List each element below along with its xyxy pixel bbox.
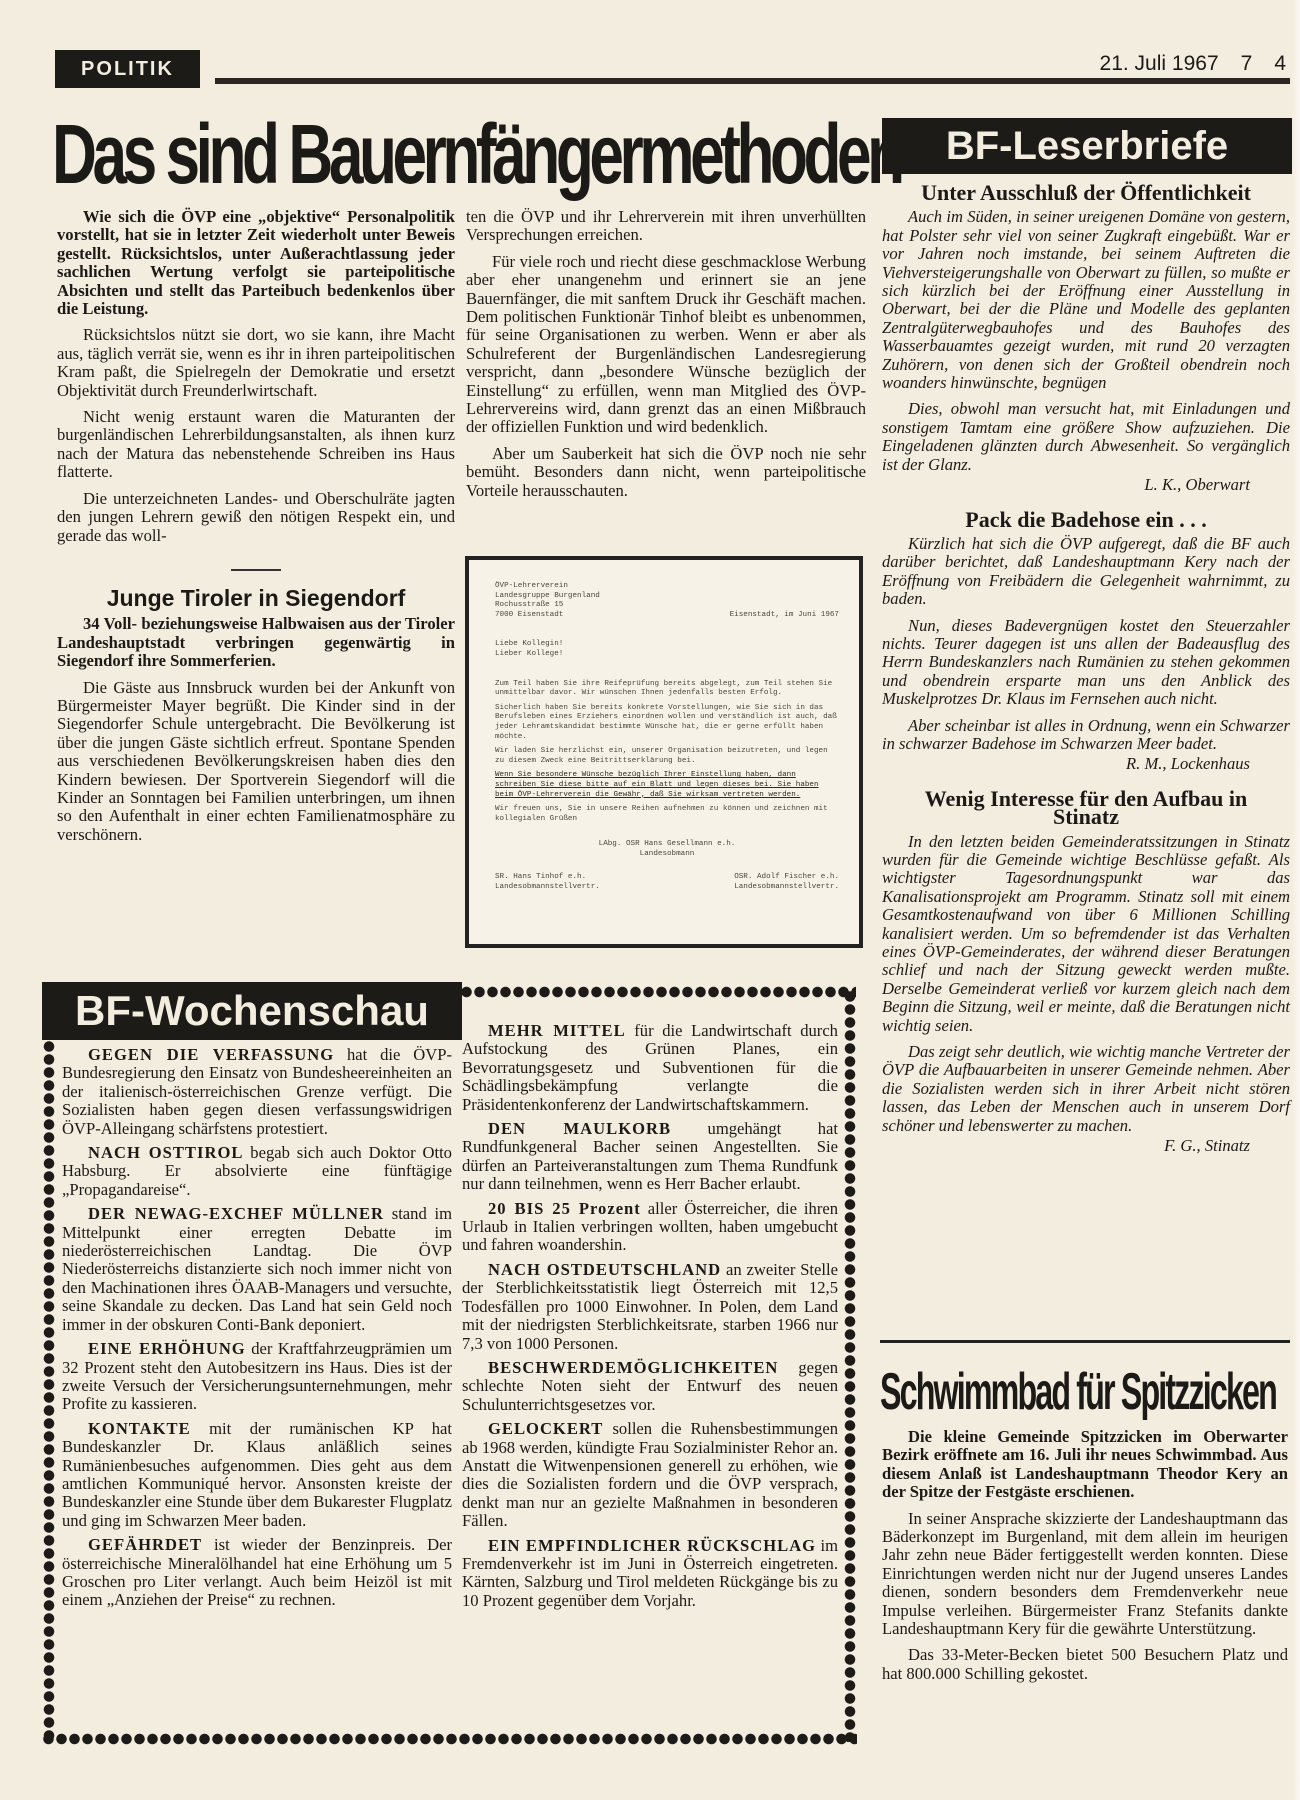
letter-sender: ÖVP-Lehrerverein Landesgruppe Burgenland… bbox=[495, 582, 600, 620]
signature-line: OSR. Adolf Fischer e.h. bbox=[734, 873, 839, 883]
article-paragraph: Rücksichtslos nützt sie dort, wo sie kan… bbox=[57, 326, 455, 400]
letter-content: ÖVP-Lehrerverein Landesgruppe Burgenland… bbox=[495, 582, 839, 893]
sender-line: ÖVP-Lehrerverein bbox=[495, 582, 600, 592]
letter-place-date: Eisenstadt, im Juni 1967 bbox=[730, 611, 839, 621]
letter-signature: L. K., Oberwart bbox=[882, 476, 1290, 494]
letter-signature-left: SR. Hans Tinhof e.h. Landesobmannstellve… bbox=[495, 873, 600, 892]
sender-line: Landesgruppe Burgenland bbox=[495, 592, 600, 602]
dotted-border-top bbox=[460, 985, 856, 999]
article-paragraph: Die unterzeichneten Landes- und Oberschu… bbox=[57, 490, 455, 545]
news-kicker: BESCHWERDEMÖGLICHKEITEN bbox=[488, 1358, 778, 1377]
signature-line: Landesobmannstellvertr. bbox=[734, 883, 839, 893]
news-item: NACH OSTDEUTSCHLAND an zweiter Stelle de… bbox=[462, 1261, 838, 1353]
letter-paragraph: Kürzlich hat sich die ÖVP aufgeregt, daß… bbox=[882, 535, 1290, 609]
header-rule bbox=[215, 78, 1290, 84]
signature-line: LAbg. OSR Hans Gesellmann e.h. bbox=[495, 840, 839, 850]
news-item: EINE ERHÖHUNG der Kraftfahrzeugprämien u… bbox=[62, 1340, 452, 1414]
news-kicker: DER NEWAG-EXCHEF MÜLLNER bbox=[88, 1204, 384, 1223]
dotted-border-bottom bbox=[42, 1732, 857, 1746]
news-kicker: KONTAKTE bbox=[88, 1419, 191, 1438]
divider bbox=[231, 569, 281, 571]
letter-title: Wenig Interesse für den Aufbau in Stinat… bbox=[882, 790, 1290, 827]
section-label-politik: POLITIK bbox=[55, 50, 200, 88]
letter-closing: Wir freuen uns, Sie in unsere Reihen auf… bbox=[495, 805, 839, 824]
reader-letter: Auch im Süden, in seiner ureigenen Domän… bbox=[882, 208, 1290, 494]
letter-signature: R. M., Lockenhaus bbox=[882, 755, 1290, 773]
leserbriefe-column: Unter Ausschluß der Öffentlichkeit Auch … bbox=[882, 184, 1290, 1156]
dotted-border-left bbox=[42, 1040, 56, 1742]
article-paragraph: Für viele roch und riecht diese geschmac… bbox=[466, 253, 866, 437]
letter-paragraph: Nun, dieses Badevergnügen kostet den Ste… bbox=[882, 617, 1290, 709]
news-kicker: GELOCKERT bbox=[488, 1419, 603, 1438]
news-item: GEFÄHRDET ist wieder der Benzinpreis. De… bbox=[62, 1536, 452, 1610]
sender-line: 7000 Eisenstadt bbox=[495, 611, 600, 621]
page-marker: 7 bbox=[1241, 52, 1253, 75]
signature-line: Landesobmann bbox=[495, 850, 839, 860]
issue-date: 21. Juli 196774 bbox=[1100, 52, 1286, 76]
main-article-col2: ten die ÖVP und ihr Lehrerverein mit ihr… bbox=[466, 208, 866, 508]
letter-paragraph: Aber scheinbar ist alles in Ordnung, wen… bbox=[882, 717, 1290, 754]
wochenschau-col2: MEHR MITTEL für die Landwirtschaft durch… bbox=[462, 1022, 838, 1616]
letter-title: Pack die Badehose ein . . . bbox=[882, 511, 1290, 529]
letter-paragraph: Auch im Süden, in seiner ureigenen Domän… bbox=[882, 208, 1290, 392]
news-kicker: EINE ERHÖHUNG bbox=[88, 1339, 246, 1358]
news-item: KONTAKTE mit der rumänischen KP hat Bund… bbox=[62, 1420, 452, 1530]
tiroler-lead: 34 Voll- beziehungsweise Halbwaisen aus … bbox=[57, 615, 455, 670]
dotted-border-right bbox=[843, 990, 857, 1742]
letter-paragraph: Wir laden Sie herzlichst ein, unserer Or… bbox=[495, 747, 839, 766]
letter-paragraph: Dies, obwohl man versucht hat, mit Einla… bbox=[882, 400, 1290, 474]
news-item: 20 BIS 25 Prozent aller Österreicher, di… bbox=[462, 1200, 838, 1255]
news-text: stand im Mittelpunkt einer erregten Deba… bbox=[62, 1204, 452, 1333]
letter-facsimile: ÖVP-Lehrerverein Landesgruppe Burgenland… bbox=[465, 556, 863, 948]
article-paragraph: Aber um Sauberkeit hat sich die ÖVP noch… bbox=[466, 445, 866, 500]
letter-paragraph: Das zeigt sehr deutlich, wie wichtig man… bbox=[882, 1043, 1290, 1135]
news-item: EIN EMPFINDLICHER RÜCKSCHLAG im Fremdenv… bbox=[462, 1537, 838, 1611]
news-kicker: 20 BIS 25 Prozent bbox=[488, 1199, 641, 1218]
letter-paragraph: Zum Teil haben Sie ihre Reifeprüfung ber… bbox=[495, 680, 839, 699]
wochenschau-col1: GEGEN DIE VERFASSUNG hat die ÖVP-Bundesr… bbox=[62, 1046, 452, 1616]
article-paragraph: Das 33-Meter-Becken bietet 500 Besuchern… bbox=[882, 1646, 1288, 1683]
date-text: 21. Juli 1967 bbox=[1100, 52, 1219, 75]
column-divider bbox=[880, 1340, 1290, 1343]
section-label-wochenschau: BF-Wochenschau bbox=[42, 982, 462, 1040]
letter-header-row: ÖVP-Lehrerverein Landesgruppe Burgenland… bbox=[495, 582, 839, 620]
news-item: DEN MAULKORB umgehängt hat Rundfunkgener… bbox=[462, 1120, 838, 1194]
news-item: BESCHWERDEMÖGLICHKEITEN gegen schlechte … bbox=[462, 1359, 838, 1414]
tiroler-body: Die Gäste aus Innsbruck wurden bei der A… bbox=[57, 679, 455, 845]
article-paragraph: ten die ÖVP und ihr Lehrerverein mit ihr… bbox=[466, 208, 866, 245]
news-item: GELOCKERT sollen die Ruhensbestimmungen … bbox=[462, 1420, 838, 1530]
schwimmbad-article: Die kleine Gemeinde Spitzzicken im Oberw… bbox=[882, 1428, 1288, 1691]
article-paragraph: Nicht wenig erstaunt waren die Maturante… bbox=[57, 408, 455, 482]
news-kicker: MEHR MITTEL bbox=[488, 1021, 626, 1040]
letter-signatures-row: SR. Hans Tinhof e.h. Landesobmannstellve… bbox=[495, 873, 839, 892]
main-headline: Das sind Bauernfängermethoden bbox=[52, 112, 655, 196]
news-item: GEGEN DIE VERFASSUNG hat die ÖVP-Bundesr… bbox=[62, 1046, 452, 1138]
sender-line: Rochusstraße 15 bbox=[495, 601, 600, 611]
letter-underlined-paragraph: Wenn Sie besondere Wünsche bezüglich Ihr… bbox=[495, 771, 839, 800]
reader-letter: In den letzten beiden Gemeinderatssitzun… bbox=[882, 833, 1290, 1156]
salutation-line: Liebe Kollegin! bbox=[495, 640, 839, 650]
page-number: 4 bbox=[1274, 52, 1286, 75]
letter-signature-main: LAbg. OSR Hans Gesellmann e.h. Landesobm… bbox=[495, 840, 839, 859]
news-kicker: DEN MAULKORB bbox=[488, 1119, 671, 1138]
letter-signature: F. G., Stinatz bbox=[882, 1137, 1290, 1155]
news-kicker: NACH OSTDEUTSCHLAND bbox=[488, 1260, 721, 1279]
letter-paragraph: In den letzten beiden Gemeinderatssitzun… bbox=[882, 833, 1290, 1035]
letter-title: Unter Ausschluß der Öffentlichkeit bbox=[882, 184, 1290, 202]
news-kicker: GEFÄHRDET bbox=[88, 1535, 202, 1554]
salutation-line: Lieber Kollege! bbox=[495, 650, 839, 660]
letter-paragraph: Sicherlich haben Sie bereits konkrete Vo… bbox=[495, 704, 839, 742]
news-item: MEHR MITTEL für die Landwirtschaft durch… bbox=[462, 1022, 838, 1114]
page-edge bbox=[1292, 0, 1300, 1800]
news-item: NACH OSTTIROL begab sich auch Doktor Ott… bbox=[62, 1144, 452, 1199]
article-lead: Wie sich die ÖVP eine „objektive“ Person… bbox=[57, 208, 455, 318]
signature-line: Landesobmannstellvertr. bbox=[495, 883, 600, 893]
tiroler-title: Junge Tiroler in Siegendorf bbox=[57, 589, 455, 607]
schwimmbad-headline: Schwimmbad für Spitzzicken bbox=[880, 1362, 1134, 1422]
schwimmbad-lead: Die kleine Gemeinde Spitzzicken im Oberw… bbox=[882, 1428, 1288, 1502]
news-kicker: EIN EMPFINDLICHER RÜCKSCHLAG bbox=[488, 1536, 816, 1555]
news-kicker: NACH OSTTIROL bbox=[88, 1143, 243, 1162]
article-paragraph: In seiner Ansprache skizzierte der Lande… bbox=[882, 1510, 1288, 1639]
letter-signature-right: OSR. Adolf Fischer e.h. Landesobmannstel… bbox=[734, 873, 839, 892]
section-label-leserbriefe: BF-Leserbriefe bbox=[882, 118, 1292, 174]
main-article-col1: Wie sich die ÖVP eine „objektive“ Person… bbox=[57, 208, 455, 852]
reader-letter: Kürzlich hat sich die ÖVP aufgeregt, daß… bbox=[882, 535, 1290, 774]
news-item: DER NEWAG-EXCHEF MÜLLNER stand im Mittel… bbox=[62, 1205, 452, 1334]
letter-salutation: Liebe Kollegin! Lieber Kollege! bbox=[495, 640, 839, 659]
news-kicker: GEGEN DIE VERFASSUNG bbox=[88, 1045, 334, 1064]
signature-line: SR. Hans Tinhof e.h. bbox=[495, 873, 600, 883]
